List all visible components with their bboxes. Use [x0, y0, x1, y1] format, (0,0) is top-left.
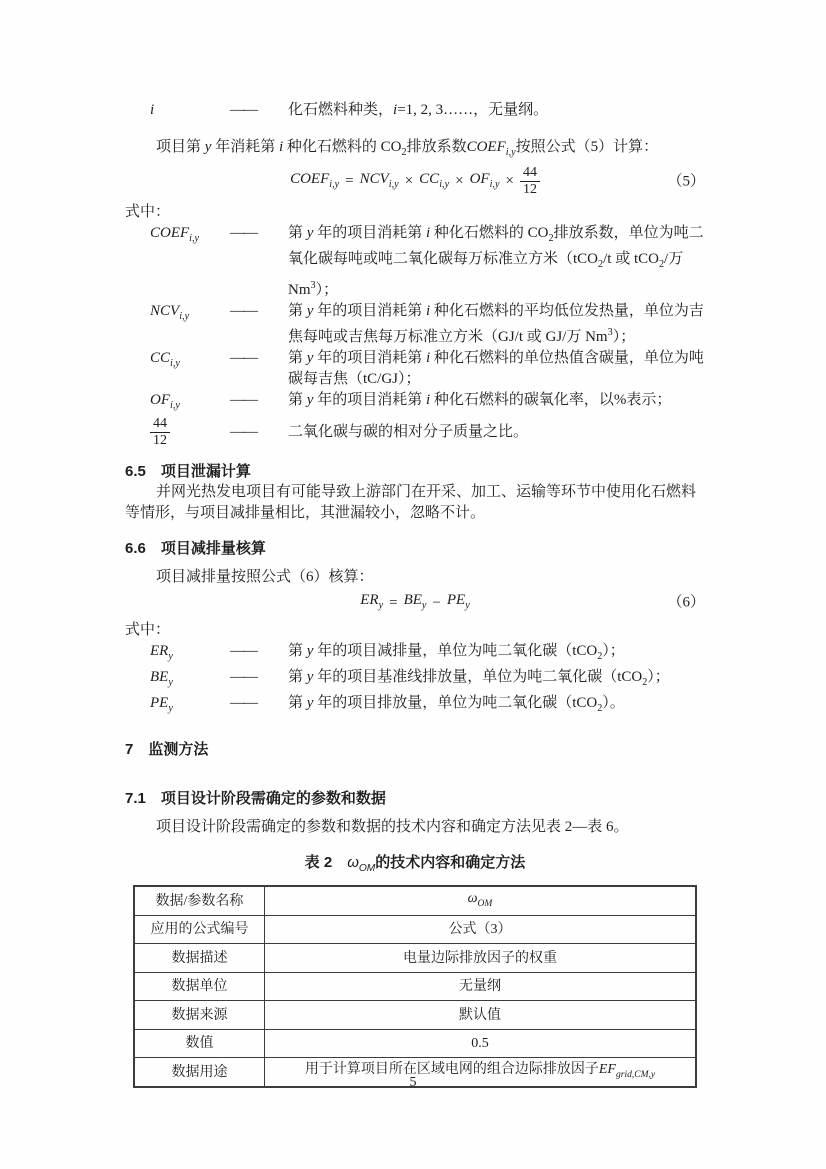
symbol-term-i: i: [150, 100, 230, 121]
definition-dash: ——: [230, 223, 288, 244]
symbol-term: OFi,y: [150, 390, 230, 416]
definition-text: 二氧化碳与碳的相对分子质量之比。: [288, 422, 705, 443]
definition-dash: ——: [230, 390, 288, 411]
minus-sign: −: [432, 593, 440, 614]
definition-text: 第 y 年的项目消耗第 i 种化石燃料的碳氧化率，以%表示；: [288, 390, 705, 411]
symbol-term: BEy: [150, 667, 230, 693]
page-content: i —— 化石燃料种类，i=1, 2, 3……，无量纲。 项目第 y 年消耗第 …: [125, 0, 705, 1088]
table-2: 数据/参数名称 ωOM 应用的公式编号 公式（3） 数据描述 电量边际排放因子的…: [133, 885, 697, 1088]
times-sign: ×: [405, 171, 413, 192]
section-7-1-heading: 7.1项目设计阶段需确定的参数和数据: [125, 788, 705, 809]
definition-text: 第 y 年的项目排放量，单位为吨二氧化碳（tCO2）。: [288, 693, 705, 719]
var-of: OF: [470, 171, 490, 187]
symbol-term: ERy: [150, 641, 230, 667]
symbol-term: CCi,y: [150, 348, 230, 374]
table-label-cell: 数值: [134, 1029, 265, 1058]
definition-text: 第 y 年的项目消耗第 i 种化石燃料的单位热值含碳量，单位为吨碳每吉焦（tC/…: [288, 348, 705, 390]
times-sign: ×: [455, 171, 463, 192]
definition-row: PEy —— 第 y 年的项目排放量，单位为吨二氧化碳（tCO2）。: [125, 693, 705, 719]
table-row: 数值 0.5: [134, 1029, 696, 1058]
fraction-44-12: 44 12: [520, 165, 540, 198]
table-row: 数据/参数名称 ωOM: [134, 886, 696, 915]
section-number: 6.6: [125, 540, 146, 557]
definition-dash: ——: [230, 348, 288, 369]
definition-dash: ——: [230, 301, 288, 322]
where-label: 式中：: [125, 620, 705, 641]
equals-sign: =: [345, 171, 353, 192]
where-label: 式中：: [125, 202, 705, 223]
section-title: 项目设计阶段需确定的参数和数据: [161, 790, 386, 807]
table-row: 数据来源 默认值: [134, 1001, 696, 1030]
table-label-cell: 应用的公式编号: [134, 915, 265, 944]
symbol-term: PEy: [150, 693, 230, 719]
var-er: ER: [360, 592, 378, 608]
table-value-cell: 公式（3）: [265, 915, 697, 944]
section-title: 项目泄漏计算: [161, 463, 251, 480]
formula-6: ERy = BEy − PEy （6）: [125, 590, 705, 616]
table-label-cell: 数据单位: [134, 972, 265, 1001]
section-number: 7: [125, 741, 133, 758]
table-row: 数据描述 电量边际排放因子的权重: [134, 944, 696, 973]
page-number: 5: [0, 1072, 826, 1093]
definition-text: 第 y 年的项目基准线排放量，单位为吨二氧化碳（tCO2）；: [288, 667, 705, 693]
definition-dash: ——: [230, 667, 288, 688]
formula-6-number: （6）: [667, 593, 705, 614]
section-7-heading: 7监测方法: [125, 739, 705, 760]
var-be: BE: [404, 592, 422, 608]
table-label-cell: 数据描述: [134, 944, 265, 973]
fraction-44-12: 44 12: [150, 416, 170, 449]
section-number: 6.5: [125, 463, 146, 480]
section-6-5-heading: 6.5项目泄漏计算: [125, 461, 705, 482]
definition-row: NCVi,y —— 第 y 年的项目消耗第 i 种化石燃料的平均低位发热量，单位…: [125, 301, 705, 348]
symbol-term: COEFi,y: [150, 223, 230, 249]
definition-dash: ——: [230, 100, 288, 121]
var-coef: COEF: [290, 171, 329, 187]
var-cc: CC: [419, 171, 439, 187]
table-row: 数据单位 无量纲: [134, 972, 696, 1001]
definition-text: 第 y 年的项目消耗第 i 种化石燃料的 CO2排放系数，单位为吨二氧化碳每吨或…: [288, 223, 705, 301]
section-7-1-paragraph: 项目设计阶段需确定的参数和数据的技术内容和确定方法见表 2—表 6。: [125, 817, 705, 838]
definition-row: OFi,y —— 第 y 年的项目消耗第 i 种化石燃料的碳氧化率，以%表示；: [125, 390, 705, 416]
definition-dash: ——: [230, 641, 288, 662]
table-value-cell: 无量纲: [265, 972, 697, 1001]
definition-row: BEy —— 第 y 年的项目基准线排放量，单位为吨二氧化碳（tCO2）；: [125, 667, 705, 693]
equals-sign: =: [389, 593, 397, 614]
definition-row: 44 12 —— 二氧化碳与碳的相对分子质量之比。: [125, 416, 705, 449]
formula-6-equation: ERy = BEy − PEy: [360, 590, 470, 616]
var-ncv: NCV: [360, 171, 389, 187]
definition-dash: ——: [230, 693, 288, 714]
table-row: 应用的公式编号 公式（3）: [134, 915, 696, 944]
definition-row: CCi,y —— 第 y 年的项目消耗第 i 种化石燃料的单位热值含碳量，单位为…: [125, 348, 705, 390]
table-value-cell: ωOM: [265, 886, 697, 915]
table-label-cell: 数据/参数名称: [134, 886, 265, 915]
definition-text: 第 y 年的项目减排量，单位为吨二氧化碳（tCO2）；: [288, 641, 705, 667]
symbol-term: 44 12: [150, 416, 230, 449]
var-pe: PE: [447, 592, 465, 608]
section-title: 项目减排量核算: [161, 540, 266, 557]
definition-row: COEFi,y —— 第 y 年的项目消耗第 i 种化石燃料的 CO2排放系数，…: [125, 223, 705, 301]
formula-5: COEFi,y = NCVi,y × CCi,y × OFi,y × 44 12…: [125, 165, 705, 198]
section-number: 7.1: [125, 790, 146, 807]
definition-row: ERy —— 第 y 年的项目减排量，单位为吨二氧化碳（tCO2）；: [125, 641, 705, 667]
definition-row-i: i —— 化石燃料种类，i=1, 2, 3……，无量纲。: [125, 100, 705, 121]
formula-5-equation: COEFi,y = NCVi,y × CCi,y × OFi,y × 44 12: [290, 165, 540, 198]
definition-dash: ——: [230, 422, 288, 443]
section-6-6-heading: 6.6项目减排量核算: [125, 538, 705, 559]
table-value-cell: 默认值: [265, 1001, 697, 1030]
table-value-cell: 0.5: [265, 1029, 697, 1058]
formula-5-intro: 项目第 y 年消耗第 i 种化石燃料的 CO2排放系数COEFi,y按照公式（5…: [125, 137, 705, 163]
section-6-6-paragraph: 项目减排量按照公式（6）核算：: [125, 567, 705, 588]
times-sign: ×: [505, 171, 513, 192]
section-6-5-paragraph: 并网光热发电项目有可能导致上游部门在开采、加工、运输等环节中使用化石燃料等情形，…: [125, 482, 705, 524]
table-label-cell: 数据来源: [134, 1001, 265, 1030]
definition-text-i: 化石燃料种类，i=1, 2, 3……，无量纲。: [288, 100, 705, 121]
document-page: i —— 化石燃料种类，i=1, 2, 3……，无量纲。 项目第 y 年消耗第 …: [0, 0, 826, 1169]
table-2-caption: 表 2 ωOM的技术内容和确定方法: [125, 852, 705, 879]
table-value-cell: 电量边际排放因子的权重: [265, 944, 697, 973]
definition-text: 第 y 年的项目消耗第 i 种化石燃料的平均低位发热量，单位为吉焦每吨或吉焦每万…: [288, 301, 705, 348]
formula-5-number: （5）: [667, 171, 705, 192]
section-title: 监测方法: [148, 741, 208, 758]
symbol-term: NCVi,y: [150, 301, 230, 327]
